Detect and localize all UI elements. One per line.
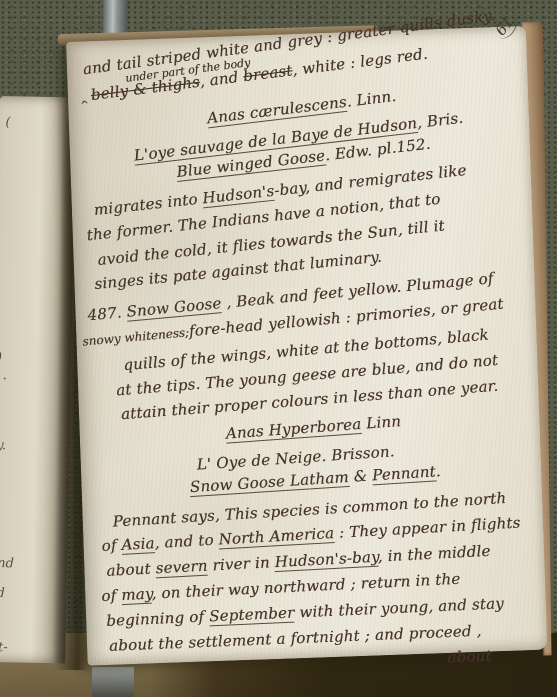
handwritten-text: . xyxy=(435,462,441,480)
handwritten-text: , and to xyxy=(154,531,219,553)
underlined-text: September xyxy=(209,603,295,626)
handwritten-text: , in the middle xyxy=(377,542,491,566)
text-fragment: ( xyxy=(5,115,10,130)
underlined-text: Hudson's-bay xyxy=(274,548,378,572)
underlined-text: severn xyxy=(155,557,208,579)
underlined-text: Anas Hyperborea xyxy=(225,415,362,444)
text-fragment: ) xyxy=(0,350,2,365)
handwritten-text: & xyxy=(348,466,373,485)
handwritten-text: . Linn. xyxy=(346,86,398,110)
handwritten-text: beginning of xyxy=(106,607,210,630)
handwritten-text: about xyxy=(106,559,156,580)
handwritten-text: snowy whiteness; xyxy=(82,325,190,348)
underlined-text: may xyxy=(121,585,152,605)
struck-through-text: breast xyxy=(242,61,293,85)
manuscript-text: and tail striped white and grey : greate… xyxy=(78,36,544,683)
photo-of-manuscript: ( ) . y. ind d ) st- 61 and tail striped… xyxy=(0,0,557,697)
text-fragment: st- xyxy=(0,640,8,655)
text-fragment: y. xyxy=(0,438,6,453)
underlined-text: Asia xyxy=(121,534,155,555)
text-fragment: ind xyxy=(0,556,14,571)
handwritten-text: Linn xyxy=(361,412,402,433)
handwritten-text: , and xyxy=(199,67,245,90)
text-fragment: . xyxy=(2,368,6,383)
handwritten-text: with their young, and stay xyxy=(294,594,504,621)
underlined-text: Pennant xyxy=(372,462,437,485)
handwritten-text: 487. xyxy=(87,303,128,325)
notebook-page: 61 and tail striped white and grey : gre… xyxy=(66,26,547,666)
notebook: 61 and tail striped white and grey : gre… xyxy=(66,26,547,666)
handwritten-text: of xyxy=(101,586,122,605)
underlined-text: North America xyxy=(218,524,335,549)
handwritten-text: river in xyxy=(207,553,275,574)
text-fragment: d xyxy=(0,586,5,601)
handwritten-text: of xyxy=(101,536,122,555)
handwritten-text: about xyxy=(447,647,492,667)
